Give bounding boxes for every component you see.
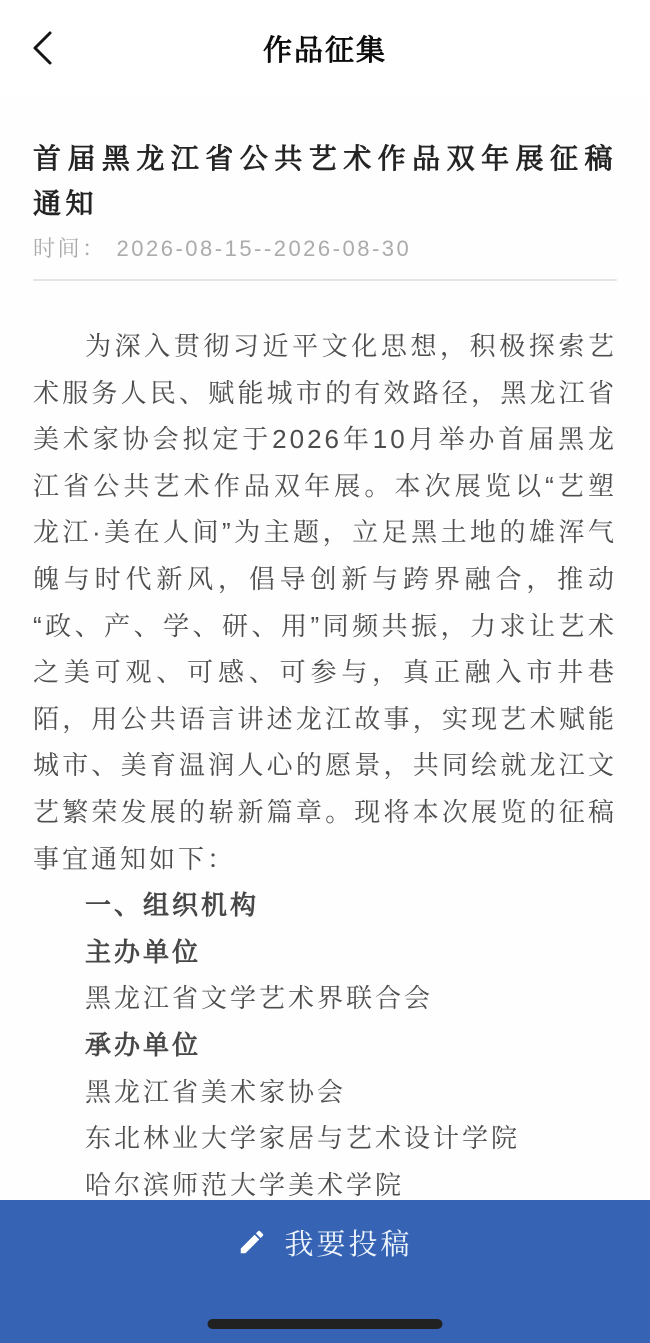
submit-button[interactable]: 我要投稿 — [0, 1220, 650, 1264]
section-org-nefu-college: 东北林业大学家居与艺术设计学院 — [33, 1115, 617, 1162]
chevron-left-icon — [29, 30, 55, 66]
date-label: 时间： — [33, 236, 107, 261]
app-screen: 作品征集 首届黑龙江省公共艺术作品双年展征稿通知 时间：2026-08-15--… — [0, 0, 650, 1343]
section-heading-host: 主办单位 — [33, 929, 617, 976]
submit-bar: 我要投稿 — [0, 1200, 650, 1343]
section-org-federation: 黑龙江省文学艺术界联合会 — [33, 975, 617, 1022]
date-value: 2026-08-15--2026-08-30 — [117, 236, 412, 261]
nav-bar: 作品征集 — [0, 0, 650, 96]
divider — [33, 279, 617, 281]
page-title: 作品征集 — [263, 28, 387, 69]
section-org-artists-association: 黑龙江省美术家协会 — [33, 1069, 617, 1116]
section-heading-organization: 一、组织机构 — [33, 882, 617, 929]
article-content: 首届黑龙江省公共艺术作品双年展征稿通知 时间：2026-08-15--2026-… — [0, 96, 650, 1208]
article-paragraph: 为深入贯彻习近平文化思想，积极探索艺术服务人民、赋能城市的有效路径，黑龙江省美术… — [33, 323, 617, 882]
home-indicator[interactable] — [208, 1319, 443, 1329]
article-date: 时间：2026-08-15--2026-08-30 — [33, 232, 617, 263]
back-button[interactable] — [16, 22, 68, 74]
submit-label: 我要投稿 — [284, 1222, 412, 1263]
article-title: 首届黑龙江省公共艺术作品双年展征稿通知 — [33, 136, 617, 226]
pencil-icon — [237, 1227, 267, 1257]
section-heading-organizer: 承办单位 — [33, 1022, 617, 1069]
